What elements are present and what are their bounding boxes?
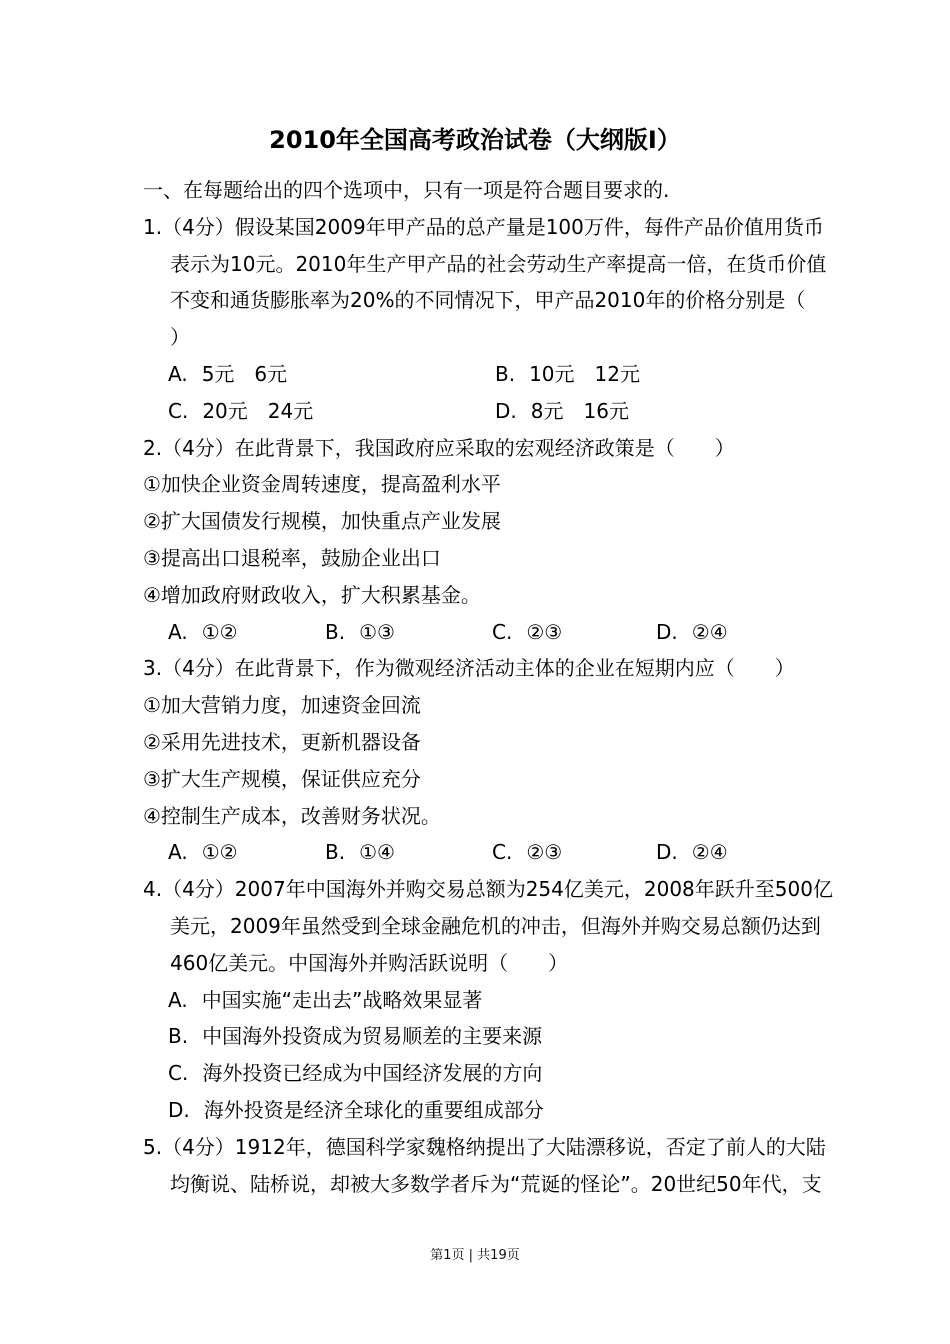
option-a: A.中国实施“走出去”战略效果显著 (143, 982, 833, 1019)
option-label: D. (495, 399, 517, 423)
option-text: ①② (202, 620, 238, 644)
option-label: C. (168, 1061, 188, 1085)
statement-item-3: ③扩大生产规模，保证供应充分 (143, 761, 833, 798)
option-c: C.20元 24元 (168, 393, 313, 430)
option-b: B.中国海外投资成为贸易顺差的主要来源 (143, 1018, 833, 1055)
option-label: B. (325, 840, 345, 864)
option-text: ①② (202, 840, 238, 864)
option-label: C. (168, 399, 188, 423)
option-text: ①④ (359, 840, 395, 864)
question-stem-line: 均衡说、陆桥说，却被大多数学者斥为“荒诞的怪论”。20世纪50年代，支 (143, 1166, 833, 1203)
option-text: ②④ (692, 840, 728, 864)
document-body: 一、在每题给出的四个选项中，只有一项是符合题目要求的. 1.（4分）假设某国20… (143, 172, 833, 1202)
option-label: A. (168, 840, 188, 864)
option-text: 8元 16元 (531, 399, 629, 423)
option-text: ①③ (359, 620, 395, 644)
statement-item-2: ②扩大国债发行规模，加快重点产业发展 (143, 503, 833, 540)
option-text: 5元 6元 (202, 362, 287, 386)
option-text: 海外投资已经成为中国经济发展的方向 (202, 1061, 542, 1085)
option-label: B. (495, 362, 515, 386)
option-text: ②④ (692, 620, 728, 644)
options-row: A.①② B.①③ C.②③ D.②④ (143, 614, 833, 651)
option-text: 20元 24元 (202, 399, 313, 423)
option-label: C. (492, 840, 512, 864)
option-label: A. (168, 362, 188, 386)
option-c: C.海外投资已经成为中国经济发展的方向 (143, 1055, 833, 1092)
options-row: C.20元 24元 D.8元 16元 (143, 393, 833, 430)
question-stem-line: 1.（4分）假设某国2009年甲产品的总产量是100万件，每件产品价值用货币 (143, 209, 833, 246)
option-a: A.5元 6元 (168, 356, 287, 393)
page-footer: 第1页 | 共19页 (0, 1246, 950, 1266)
question-3: 3.（4分）在此背景下，作为微观经济活动主体的企业在短期内应（ ） ①加大营销力… (143, 650, 833, 871)
document-title: 2010年全国高考政治试卷（大纲版Ⅰ） (0, 121, 950, 159)
question-stem-line: 不变和通货膨胀率为20%的不同情况下，甲产品2010年的价格分别是（ (143, 282, 833, 319)
statement-item-1: ①加大营销力度，加速资金回流 (143, 687, 833, 724)
option-b: B.①④ (325, 834, 395, 871)
question-stem-line: 5.（4分）1912年，德国科学家魏格纳提出了大陆漂移说，否定了前人的大陆 (143, 1129, 833, 1166)
option-b: B.10元 12元 (495, 356, 640, 393)
question-2: 2.（4分）在此背景下，我国政府应采取的宏观经济政策是（ ） ①加快企业资金周转… (143, 430, 833, 651)
option-label: A. (168, 620, 188, 644)
question-stem-line: 美元，2009年虽然受到全球金融危机的冲击，但海外并购交易总额仍达到 (143, 908, 833, 945)
option-a: A.①② (168, 834, 238, 871)
option-c: C.②③ (492, 614, 562, 651)
option-text: 中国实施“走出去”战略效果显著 (202, 988, 483, 1012)
statement-item-3: ③提高出口退税率，鼓励企业出口 (143, 540, 833, 577)
question-1: 1.（4分）假设某国2009年甲产品的总产量是100万件，每件产品价值用货币 表… (143, 209, 833, 430)
option-d: D.8元 16元 (495, 393, 629, 430)
statement-item-2: ②采用先进技术，更新机器设备 (143, 724, 833, 761)
option-label: D. (656, 840, 678, 864)
question-stem-line: ） (143, 319, 833, 356)
section-heading: 一、在每题给出的四个选项中，只有一项是符合题目要求的. (143, 172, 833, 209)
option-label: D. (168, 1098, 190, 1122)
option-label: B. (168, 1024, 188, 1048)
option-d: D.②④ (656, 834, 728, 871)
statement-item-4: ④增加政府财政收入，扩大积累基金。 (143, 577, 833, 614)
question-5: 5.（4分）1912年，德国科学家魏格纳提出了大陆漂移说，否定了前人的大陆 均衡… (143, 1129, 833, 1203)
option-text: 10元 12元 (529, 362, 640, 386)
options-row: A.①② B.①④ C.②③ D.②④ (143, 834, 833, 871)
question-stem-line: 460亿美元。中国海外并购活跃说明（ ） (143, 945, 833, 982)
statement-item-1: ①加快企业资金周转速度，提高盈利水平 (143, 466, 833, 503)
question-4: 4.（4分）2007年中国海外并购交易总额为254亿美元，2008年跃升至500… (143, 871, 833, 1129)
question-stem-line: 2.（4分）在此背景下，我国政府应采取的宏观经济政策是（ ） (143, 430, 833, 467)
question-stem-line: 3.（4分）在此背景下，作为微观经济活动主体的企业在短期内应（ ） (143, 650, 833, 687)
option-label: C. (492, 620, 512, 644)
option-c: C.②③ (492, 834, 562, 871)
option-d: D.海外投资是经济全球化的重要组成部分 (143, 1092, 833, 1129)
option-label: A. (168, 988, 188, 1012)
option-text: ②③ (526, 840, 562, 864)
question-stem-line: 表示为10元。2010年生产甲产品的社会劳动生产率提高一倍，在货币价值 (143, 246, 833, 283)
question-stem-line: 4.（4分）2007年中国海外并购交易总额为254亿美元，2008年跃升至500… (143, 871, 833, 908)
options-row: A.5元 6元 B.10元 12元 (143, 356, 833, 393)
option-text: 海外投资是经济全球化的重要组成部分 (204, 1098, 544, 1122)
option-b: B.①③ (325, 614, 395, 651)
option-text: 中国海外投资成为贸易顺差的主要来源 (202, 1024, 542, 1048)
statement-item-4: ④控制生产成本，改善财务状况。 (143, 798, 833, 835)
option-a: A.①② (168, 614, 238, 651)
option-label: D. (656, 620, 678, 644)
option-text: ②③ (526, 620, 562, 644)
option-d: D.②④ (656, 614, 728, 651)
option-label: B. (325, 620, 345, 644)
